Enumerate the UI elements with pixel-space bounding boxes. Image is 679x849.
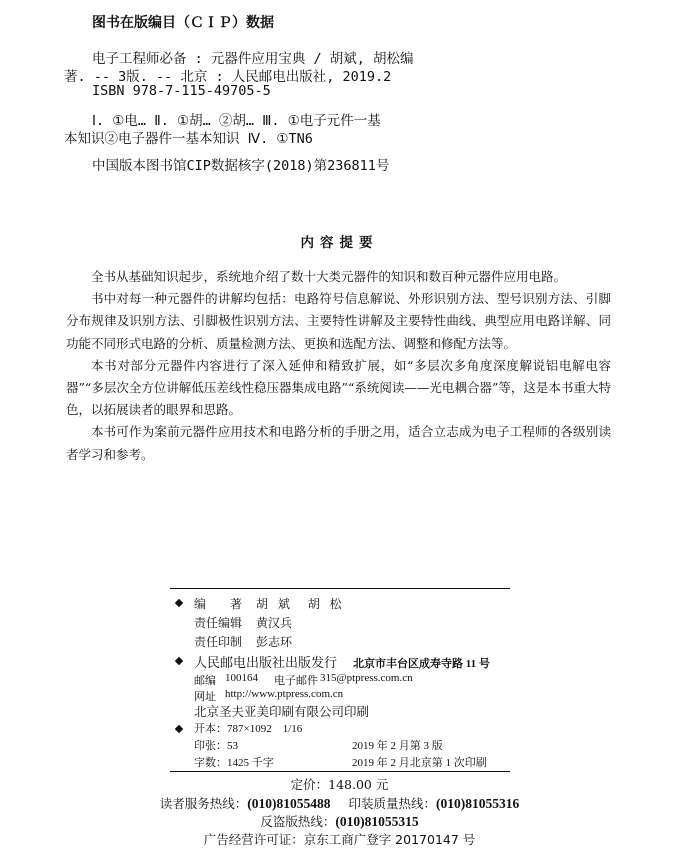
print-quality-label: 印装质量热线：: [348, 796, 436, 811]
print-supervisor-label: 责任印制: [194, 633, 242, 650]
editor-value: 黄汉兵: [256, 614, 292, 631]
reader-service-label: 读者服务热线：: [160, 796, 248, 811]
email-label: 电子邮件: [274, 672, 318, 688]
cip-classification-line-1: Ⅰ. ①电… Ⅱ. ①胡… ②胡… Ⅲ. ①电子元件一基: [92, 109, 381, 129]
cip-record-line-2: 著. -- 3版. -- 北京 : 人民邮电出版社, 2019.2: [64, 65, 391, 85]
cip-title: 图书在版编目（ＣＩＰ）数据: [92, 12, 274, 32]
authors-value: 胡 斌 胡 松: [256, 595, 345, 612]
printer-name: 北京圣夫亚美印刷有限公司印刷: [194, 702, 369, 720]
summary-paragraph: 书中对每一种元器件的讲解均包括：电路符号信息解说、外形识别方法、型号识别方法、引…: [66, 288, 611, 355]
email-value: 315@ptpress.com.cn: [320, 672, 413, 684]
price: 定价：148.00 元: [0, 775, 679, 793]
colophon-top-rule: [170, 588, 510, 589]
postcode-label: 邮编: [194, 672, 216, 688]
hotline-row-1: 读者服务热线：(010)81055488 印装质量热线：(010)8105531…: [0, 794, 679, 812]
anti-piracy-label: 反盗版热线：: [260, 814, 335, 829]
summary-paragraph: 本书对部分元器件内容进行了深入延伸和精致扩展，如“多层次多角度深度解说铝电解电容…: [66, 355, 611, 422]
publisher-address: 北京市丰台区成寿寺路 11 号: [353, 655, 490, 671]
print-sheets: 印张：53: [194, 737, 238, 753]
anti-piracy-number: (010)81055315: [335, 814, 418, 829]
print-supervisor-value: 彭志环: [256, 633, 292, 650]
print-quality-number: (010)81055316: [436, 796, 519, 811]
summary-paragraph: 本书可作为案前元器件应用技术和电路分析的手册之用，适合立志成为电子工程师的各级别…: [66, 421, 611, 465]
publisher-name: 人民邮电出版社出版发行: [194, 652, 337, 671]
summary-body: 全书从基础知识起步，系统地介绍了数十大类元器件的知识和数百种元器件应用电路。 书…: [66, 266, 611, 466]
printing-info: 2019 年 2 月北京第 1 次印刷: [352, 754, 487, 770]
word-count: 字数：1425 千字: [194, 754, 274, 770]
postcode-value: 100164: [225, 672, 258, 684]
cip-check-number: 中国版本图书馆CIP数据核字(2018)第236811号: [92, 154, 389, 174]
hotline-row-2: 反盗版热线：(010)81055315: [0, 812, 679, 830]
diamond-bullet-icon: [175, 657, 183, 665]
reader-service-number: (010)81055488: [247, 796, 330, 811]
colophon-bottom-rule: [170, 771, 510, 772]
summary-paragraph: 全书从基础知识起步，系统地介绍了数十大类元器件的知识和数百种元器件应用电路。: [66, 266, 611, 288]
website-value: http://www.ptpress.com.cn: [225, 688, 343, 700]
cip-record-line-1: 电子工程师必备 : 元器件应用宝典 / 胡斌, 胡松编: [92, 47, 414, 67]
diamond-bullet-icon: [175, 725, 183, 733]
editor-label: 责任编辑: [194, 614, 242, 631]
cip-isbn: ISBN 978-7-115-49705-5: [92, 83, 271, 99]
ad-license: 广告经营许可证：京东工商广登字 20170147 号: [0, 830, 679, 848]
cip-classification-line-2: 本知识②电子器件一基本知识 Ⅳ. ①TN6: [64, 127, 313, 147]
book-format: 开本：787×1092 1/16: [194, 720, 302, 736]
edition-info: 2019 年 2 月第 3 版: [352, 737, 443, 753]
summary-heading: 内容提要: [0, 231, 679, 251]
diamond-bullet-icon: [175, 599, 183, 607]
authors-label: 编 著: [194, 595, 242, 612]
